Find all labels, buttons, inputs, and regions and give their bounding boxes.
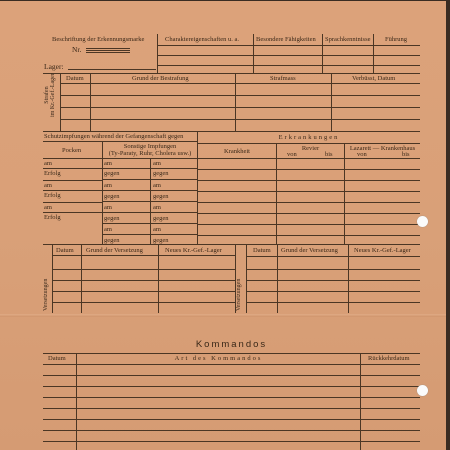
impf-cell: gegen [153, 170, 169, 177]
kommandos-title: Kommandos [43, 341, 420, 348]
kommandos-col-datum: Datum [48, 355, 66, 362]
lazarett-von-label: von [357, 151, 367, 158]
impf-cell: am [104, 182, 112, 189]
row-line [43, 397, 420, 398]
impf-cell: am [44, 182, 52, 189]
row-line [43, 141, 197, 142]
strafen-col-verbuesst: Verbüsst, Datum [352, 75, 395, 82]
vers-right-col-grund: Grund der Versetzung [281, 247, 338, 254]
row-line [43, 375, 420, 376]
row-line [52, 280, 235, 281]
divider [60, 73, 61, 131]
strafen-side-label: Strafen im Kr.-Gef.-Lager [44, 73, 56, 117]
row-line [246, 280, 420, 281]
section-line [43, 244, 420, 245]
section-line [43, 353, 420, 354]
impf-cell: am [104, 204, 112, 211]
row-line [157, 45, 420, 46]
row-line [246, 302, 420, 303]
impf-cell: gegen [153, 215, 169, 222]
impf-cell: gegen [104, 215, 120, 222]
erkrankungen-title: Erkrankungen [198, 134, 420, 141]
row-line [60, 119, 420, 120]
vers-right-col-datum: Datum [253, 247, 271, 254]
impf-cell: gegen [104, 193, 120, 200]
divider [253, 34, 254, 74]
row-line [102, 201, 197, 202]
kommandos-col-art: Art des Kommandos [77, 355, 360, 362]
row-line [43, 364, 420, 365]
divider [322, 34, 323, 74]
row-line [197, 235, 420, 236]
kommandos-col-rueckkehr: Rückkehrdatum [368, 355, 410, 362]
vers-left-col-grund: Grund der Versetzung [86, 247, 143, 254]
pocken-label: Pocken [62, 147, 81, 154]
row-line [43, 158, 420, 159]
divider [76, 353, 77, 450]
nr-line [86, 52, 130, 53]
vers-left-col-datum: Datum [56, 247, 74, 254]
row-line [52, 302, 235, 303]
row-line [43, 202, 102, 203]
nr-line [86, 50, 130, 51]
row-line [43, 180, 102, 181]
row-line [43, 408, 420, 409]
charakter-label: Charaktereigenschaften u. a. [165, 36, 239, 43]
nr-line [86, 48, 130, 49]
revier-bis-label: bis [325, 151, 333, 158]
strafen-side-label-2: im Kr.-Gef.-Lager [50, 73, 56, 117]
row-line [43, 212, 197, 213]
row-line [246, 269, 420, 270]
impf-cell: gegen [104, 237, 120, 244]
lazarett-bis-label: bis [402, 151, 410, 158]
impf-cell: am [153, 182, 161, 189]
impf-cell: am [104, 160, 112, 167]
impf-cell: gegen [104, 170, 120, 177]
row-line [60, 83, 420, 84]
impf-cell: am [153, 204, 161, 211]
impf-cell: Erfolg [44, 214, 61, 221]
section-line [43, 73, 420, 74]
divider [102, 141, 103, 244]
revier-von-label: von [287, 151, 297, 158]
impf-cell: gegen [153, 237, 169, 244]
impf-cell: am [44, 160, 52, 167]
versetzungen-side-label-left: Versetzungen [43, 279, 49, 311]
row-line [197, 202, 420, 203]
impf-cell: Erfolg [44, 192, 61, 199]
strafen-col-grund: Grund der Bestrafung [132, 75, 189, 82]
row-line [43, 386, 420, 387]
vers-left-col-lager: Neues Kr.-Gef.-Lager [165, 247, 222, 254]
impfungen-title: Schutzimpfungen während der Gefangenscha… [44, 133, 183, 140]
impf-cell: am [153, 226, 161, 233]
row-line [197, 180, 420, 181]
lager-line [68, 69, 156, 70]
sprachkenntnisse-label: Sprachkenntnisse [325, 36, 371, 43]
row-line [197, 169, 420, 170]
divider [331, 73, 332, 131]
row-line [197, 213, 420, 214]
row-line [157, 55, 420, 56]
row-line [246, 291, 420, 292]
row-line [43, 430, 420, 431]
row-line [102, 179, 197, 180]
sonstige-label-2: (Ty-Paraty, Ruhr, Cholera usw.) [104, 150, 196, 157]
faehigkeiten-label: Besondere Fähigkeiten [256, 36, 316, 43]
strafen-col-strafmass: Strafmass [270, 75, 296, 82]
divider [373, 34, 374, 74]
punch-hole [417, 216, 428, 227]
sonstige-label-1: Sonstige Impfungen [104, 143, 196, 150]
impf-cell: am [104, 226, 112, 233]
nr-label: Nr. [72, 46, 81, 53]
fold-line [0, 314, 446, 317]
erkennungsmarke-label: Beschriftung der Erkennungsmarke [52, 36, 144, 43]
row-line [197, 191, 420, 192]
vers-right-col-lager: Neues Kr.-Gef.-Lager [354, 247, 411, 254]
row-line [157, 65, 420, 66]
lager-label: Lager: [44, 63, 64, 70]
fuehrung-label: Führung [385, 36, 407, 43]
row-line [102, 234, 197, 235]
divider [276, 143, 277, 244]
row-line [52, 269, 235, 270]
row-line [60, 107, 420, 108]
divider [344, 143, 345, 244]
row-line [43, 168, 197, 169]
impf-cell: Erfolg [44, 170, 61, 177]
row-line [52, 291, 235, 292]
row-line [60, 95, 420, 96]
versetzungen-side-label-right: Versetzungen [236, 279, 242, 311]
divider [157, 34, 158, 74]
row-line [197, 224, 420, 225]
krankheit-label: Krankheit [198, 148, 276, 155]
strafen-col-datum: Datum [66, 75, 84, 82]
row-line [246, 256, 420, 257]
section-line [43, 131, 420, 132]
impf-cell: gegen [153, 193, 169, 200]
row-line [102, 223, 197, 224]
row-line [43, 190, 197, 191]
row-line [197, 143, 420, 144]
impf-cell: am [44, 204, 52, 211]
divider [90, 73, 91, 131]
document-page: Beschriftung der Erkennungsmarke Nr. Lag… [0, 1, 446, 450]
punch-hole [417, 385, 428, 396]
divider [235, 73, 236, 131]
row-line [43, 441, 420, 442]
row-line [43, 419, 420, 420]
row-line [52, 255, 235, 256]
divider [360, 353, 361, 450]
impf-cell: am [153, 160, 161, 167]
